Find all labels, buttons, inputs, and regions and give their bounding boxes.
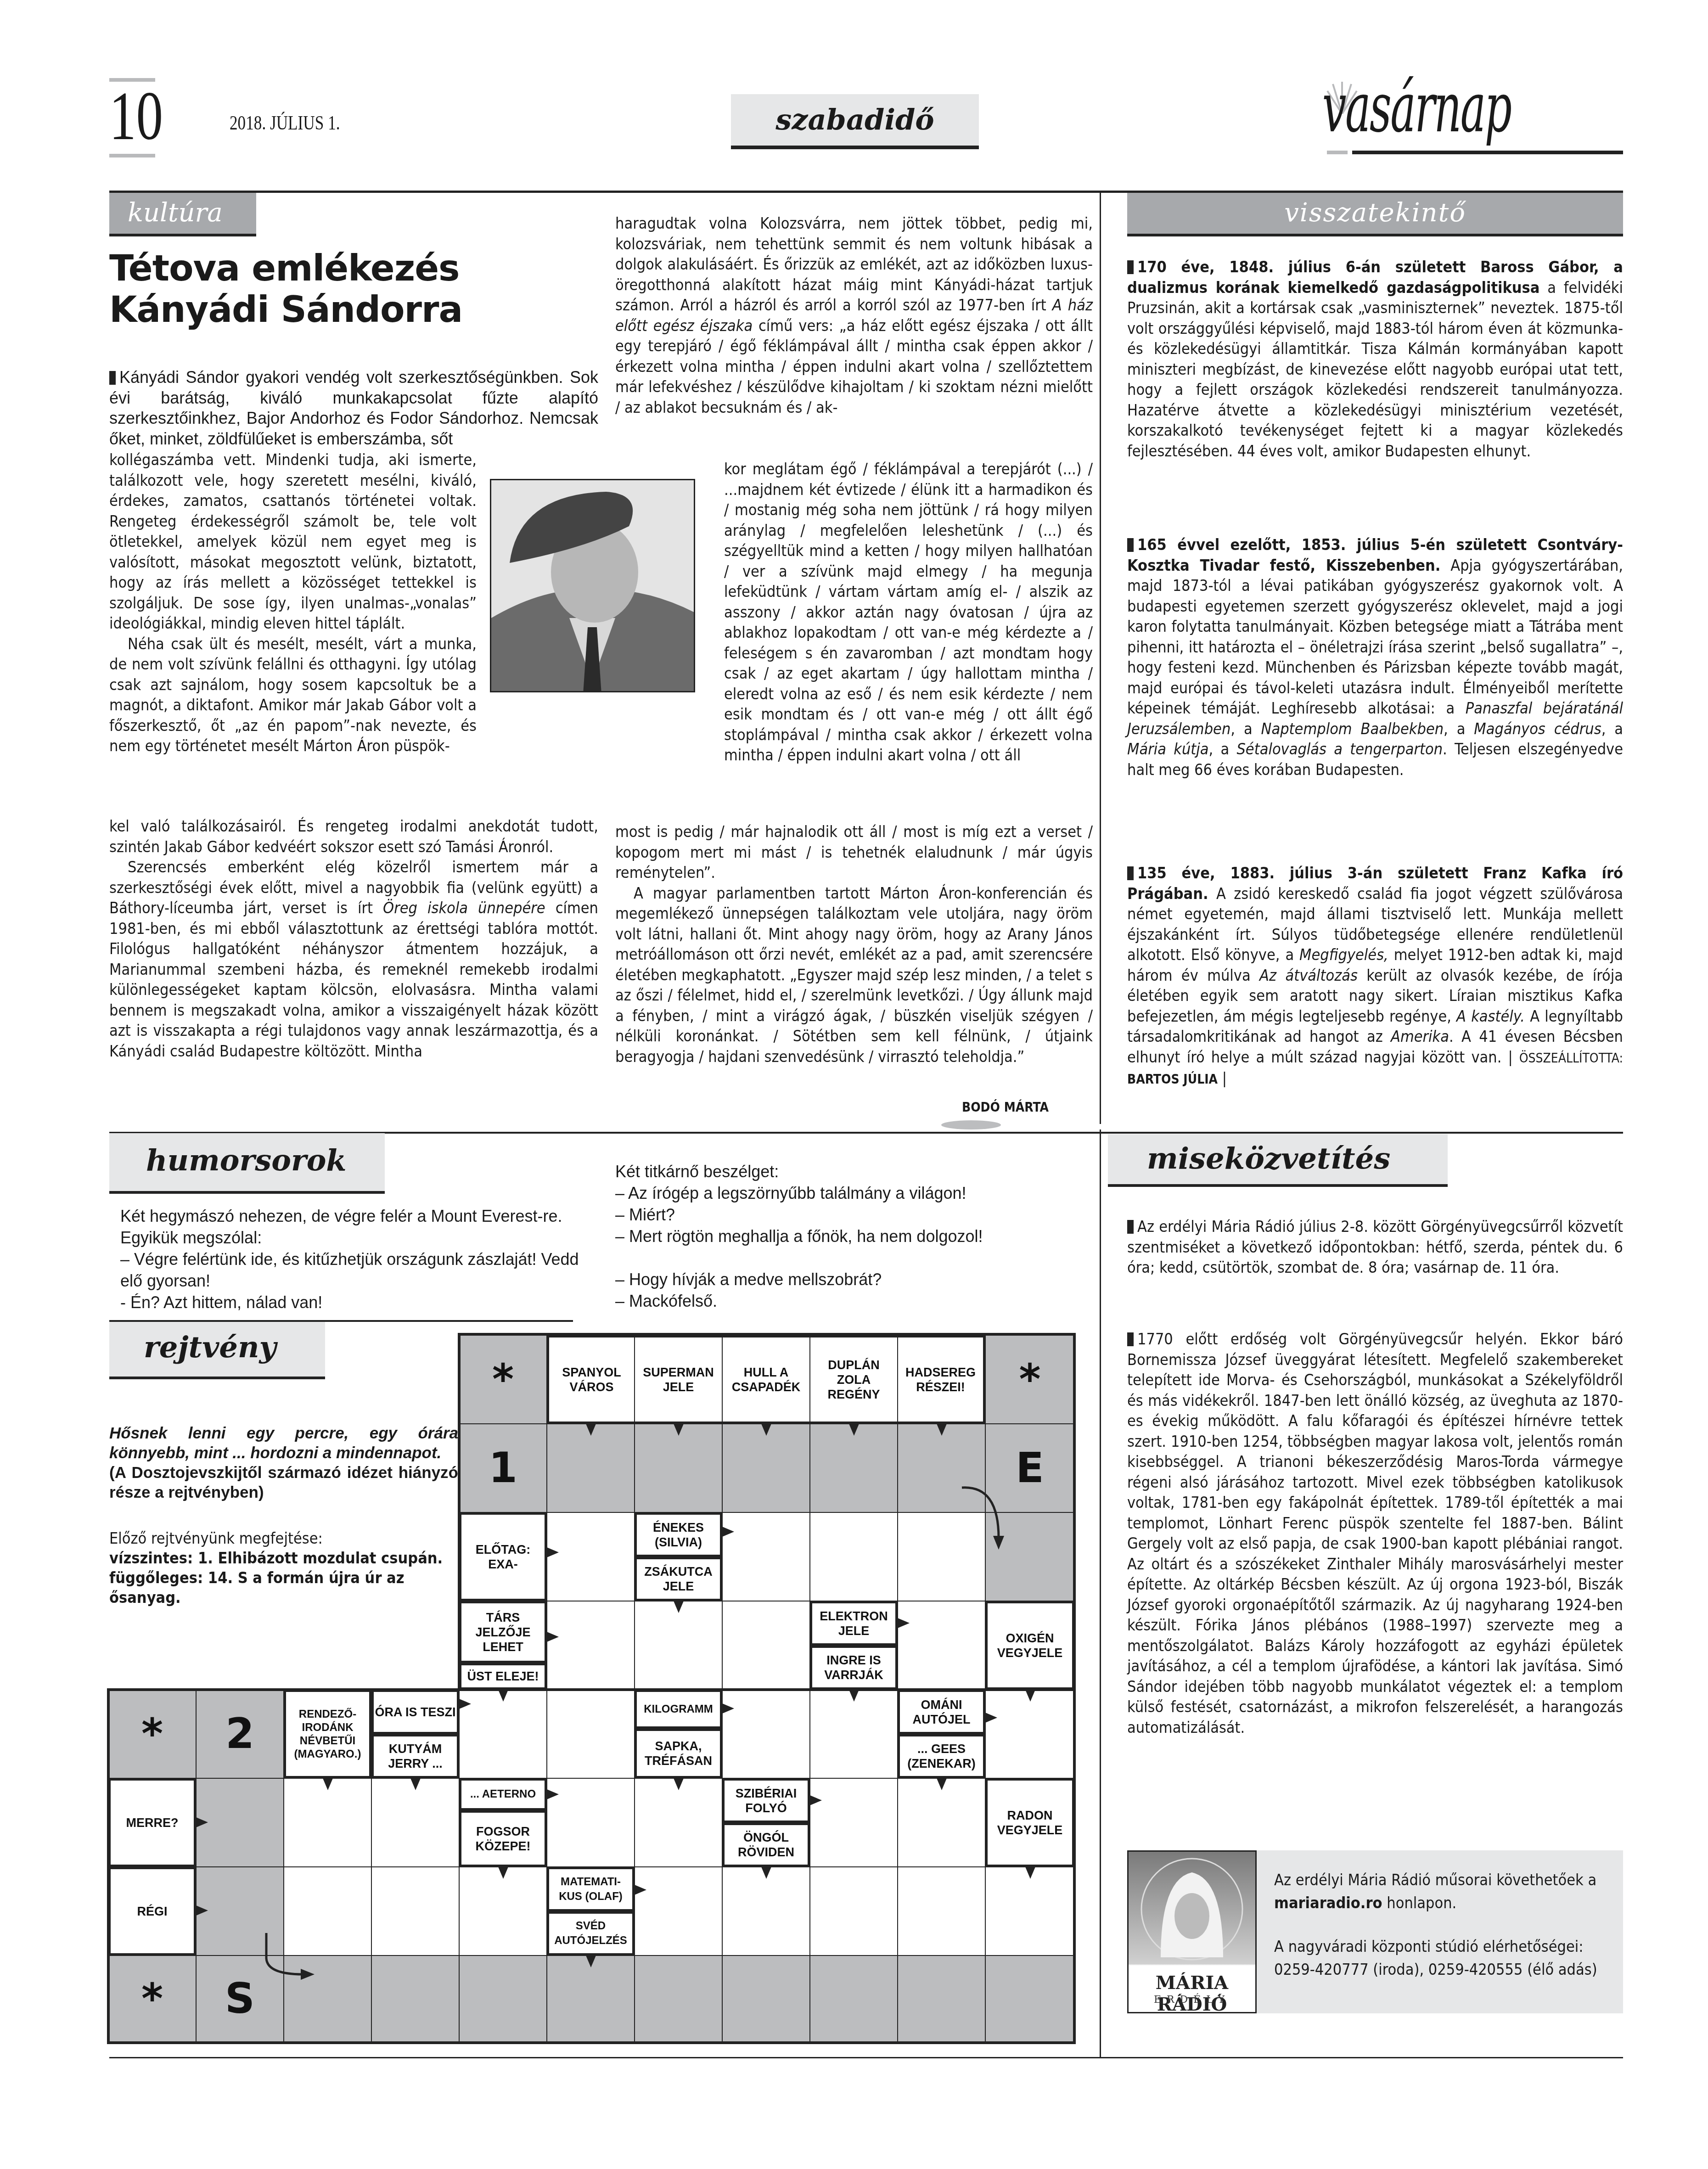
arrow-right-icon: [722, 1527, 734, 1537]
radio-info-text: Az erdélyi Mária Rádió műsorai követhető…: [1274, 1869, 1614, 1981]
previous-solution: vízszintes: 1. Elhibázott mozdulat csupá…: [109, 1549, 458, 1608]
article-col2-poem: kor meglátam égő / féklámpával a terepjá…: [724, 459, 1093, 766]
puzzle-quote-note: (A Dosztojevszkijtől származó idézet hiá…: [109, 1463, 458, 1502]
arrow-right-icon: [196, 1905, 208, 1916]
issue-date: 2018. JÚLIUS 1.: [230, 111, 340, 135]
arrow-right-icon: [547, 1789, 559, 1799]
arrow-right-icon: [547, 1632, 559, 1642]
arrow-down-icon: [586, 1424, 596, 1436]
column-divider-lower: [1100, 1129, 1101, 2057]
paragraph-marker-icon: [109, 371, 116, 385]
arrow-down-icon: [849, 1424, 859, 1436]
previous-solution-label: Előző rejtvényünk megfejtése:: [109, 1529, 458, 1549]
article-col2-bottom: most is pedig / már hajnalodik ott áll /…: [615, 822, 1093, 1067]
joke-2: Két titkárnő beszélget: – Az írógép a le…: [615, 1161, 1093, 1312]
paragraph-marker-icon: [1127, 538, 1134, 552]
retro-item-3: 135 éve, 1883. július 3-án született Fra…: [1127, 863, 1623, 1090]
article-paragraph-2b: kel való találkozásairól. És rengeteg ir…: [109, 816, 598, 1062]
arrow-down-icon: [1025, 1690, 1035, 1702]
paragraph-marker-icon: [1127, 260, 1134, 274]
puzzle-quote: Hősnek lenni egy percre, egy órára könny…: [109, 1423, 458, 1463]
arrow-down-icon: [498, 1867, 508, 1879]
arrow-down-icon: [586, 1955, 596, 1967]
article-author: BODÓ MÁRTA: [962, 1100, 1049, 1115]
column-divider: [1100, 192, 1101, 1124]
joke-1: Két hegymászó nehezen, de végre felér a …: [120, 1205, 584, 1313]
arrow-down-icon: [323, 1778, 333, 1790]
page-number: 10: [109, 82, 163, 151]
masthead-bar-gray: [1327, 151, 1348, 154]
section-header-humorsorok: humorsorok: [109, 1133, 385, 1194]
arrow-down-icon: [1025, 1867, 1035, 1879]
arrow-down-icon: [410, 1778, 421, 1790]
mass-schedule: Az erdélyi Mária Rádió július 2-8. közöt…: [1127, 1217, 1623, 1278]
parish-history: 1770 előtt erdőség volt Görgényüvegcsűr …: [1127, 1329, 1623, 1738]
bottom-rule: [109, 2057, 1623, 2058]
maria-radio-logo: MÁRIA RÁDIÓ ERDÉLY: [1127, 1850, 1257, 2013]
author-portrait-photo: [490, 479, 695, 692]
article-paragraph-1: Kányádi Sándor gyakori vendég volt szerk…: [109, 367, 598, 449]
arrow-down-icon: [937, 1778, 947, 1790]
paragraph-marker-icon: [1127, 1220, 1134, 1234]
maria-radio-box: MÁRIA RÁDIÓ ERDÉLY Az erdélyi Mária Rádi…: [1127, 1850, 1623, 2013]
retro-item-1: 170 éve, 1848. július 6-án született Bar…: [1127, 257, 1623, 461]
arrow-right-icon: [635, 1885, 646, 1895]
paragraph-marker-icon: [1127, 1332, 1134, 1346]
arrow-right-icon: [810, 1795, 822, 1805]
author-ellipse: [941, 1120, 1001, 1129]
arrow-down-icon: [761, 1424, 771, 1436]
grid-frame-lower: [107, 1688, 1076, 2044]
arrow-down-icon: [674, 1778, 684, 1790]
section-header-misekozvetites: miseközvetítés: [1108, 1134, 1448, 1187]
arrow-down-icon: [849, 1690, 859, 1702]
arrow-down-icon: [937, 1424, 947, 1436]
arrow-right-icon: [459, 1699, 471, 1709]
masthead-vasarnap: vasárnap: [1322, 73, 1511, 142]
section-header-rejtveny: rejtvény: [109, 1322, 325, 1379]
madonna-icon: [1129, 1852, 1255, 1967]
section-header-kultura: kultúra: [109, 193, 256, 236]
mariaradio-link[interactable]: mariaradio.ro: [1274, 1894, 1382, 1912]
article-title: Tétova emlékezés Kányádi Sándorra: [109, 248, 568, 331]
arrow-down-icon: [761, 1867, 771, 1879]
page-number-bar-bottom: [109, 154, 155, 157]
arrow-right-icon: [196, 1817, 208, 1827]
portrait-image: [491, 480, 695, 692]
article-col2-top: haragudtak volna Kolozsvárra, nem jöttek…: [615, 214, 1093, 418]
arrow-right-icon: [898, 1618, 910, 1628]
masthead-bar: [1352, 151, 1623, 154]
paragraph-marker-icon: [1127, 866, 1134, 880]
arrow-down-icon: [674, 1601, 684, 1613]
article-paragraph-1b: kollégaszámba vett. Mindenki tudja, aki …: [109, 450, 477, 757]
section-tag-szabadido: szabadidő: [731, 94, 979, 149]
arrow-down-icon: [674, 1424, 684, 1436]
arrow-down-icon: [498, 1690, 508, 1702]
section-header-visszatekinto: visszatekintő: [1127, 193, 1623, 236]
curved-arrow-down-icon: [960, 1483, 1010, 1552]
retro-item-2: 165 évvel ezelőtt, 1853. július 5-én szü…: [1127, 535, 1623, 780]
arrow-right-icon: [547, 1547, 559, 1557]
arrow-right-icon: [722, 1703, 734, 1714]
curved-arrow-right-icon: [262, 1931, 321, 1981]
arrow-right-icon: [985, 1713, 997, 1723]
